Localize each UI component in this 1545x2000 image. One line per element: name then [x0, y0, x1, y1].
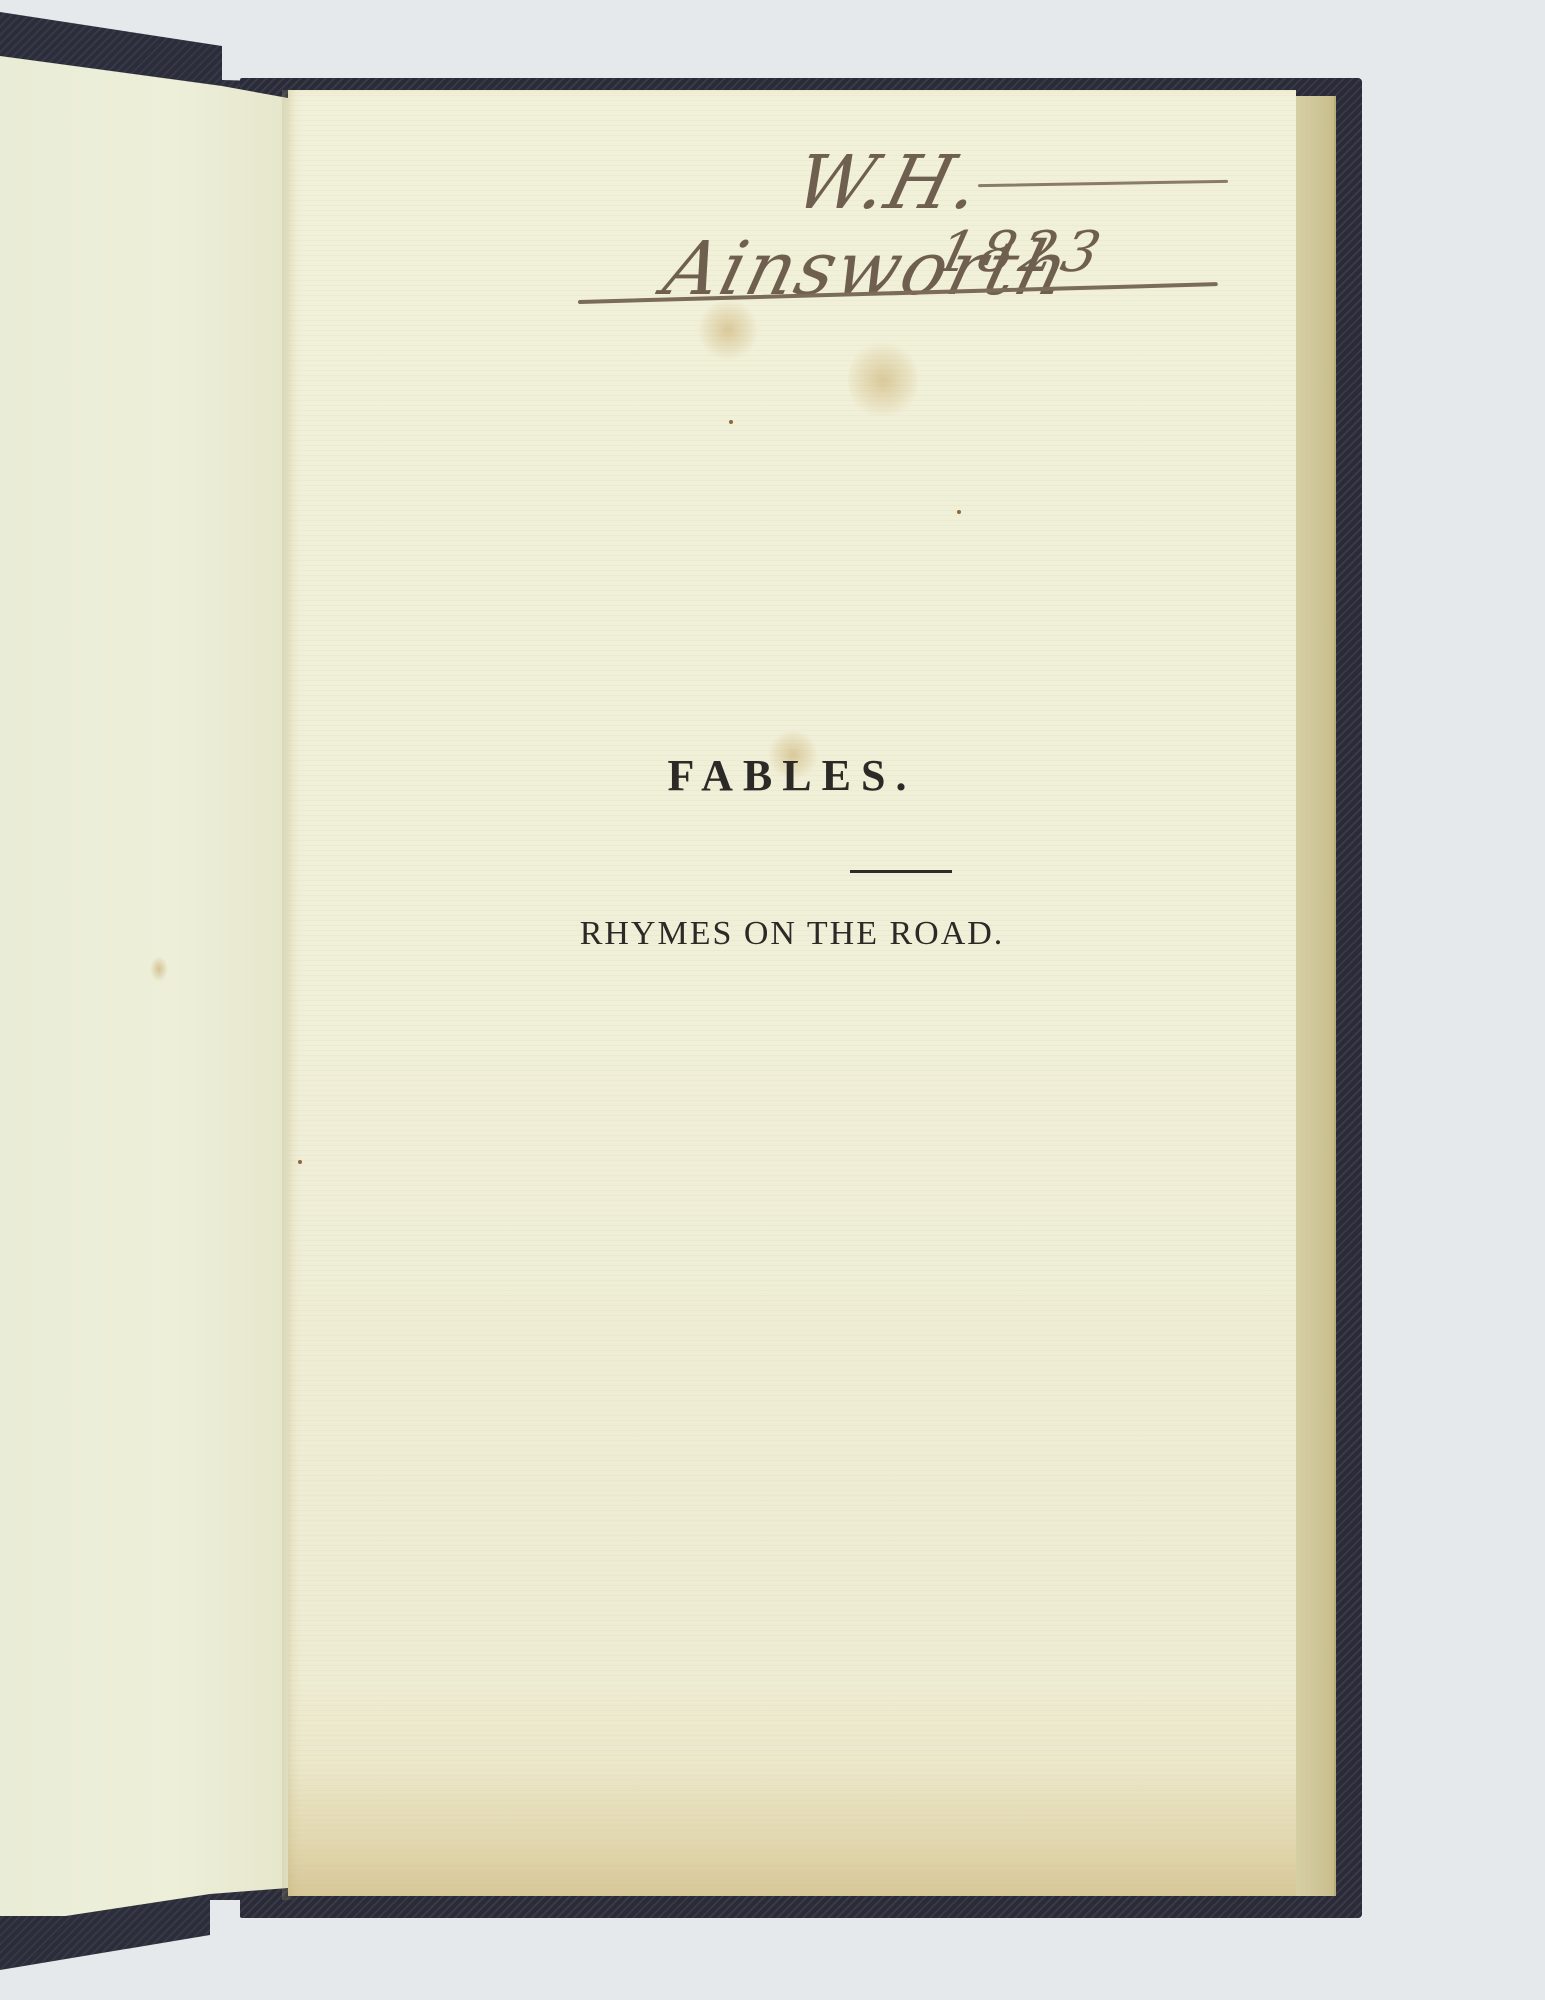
title-rule [850, 870, 952, 873]
foxing-spot [150, 956, 168, 982]
book-subtitle: RHYMES ON THE ROAD. [288, 915, 1296, 953]
speck [957, 510, 961, 514]
water-stain [288, 1766, 1296, 1896]
page-edges [1290, 96, 1336, 1896]
speck [298, 1160, 302, 1164]
book-title: FABLES. [288, 750, 1296, 801]
speck [729, 420, 733, 424]
foxing-stain [848, 340, 918, 420]
left-endpaper [0, 56, 288, 1916]
title-page: W.H. Ainsworth 1823 FABLES. RHYMES ON TH… [288, 90, 1296, 1896]
inscription-year: 1823 [930, 220, 1113, 285]
handwritten-inscription: W.H. Ainsworth 1823 [578, 140, 1198, 350]
